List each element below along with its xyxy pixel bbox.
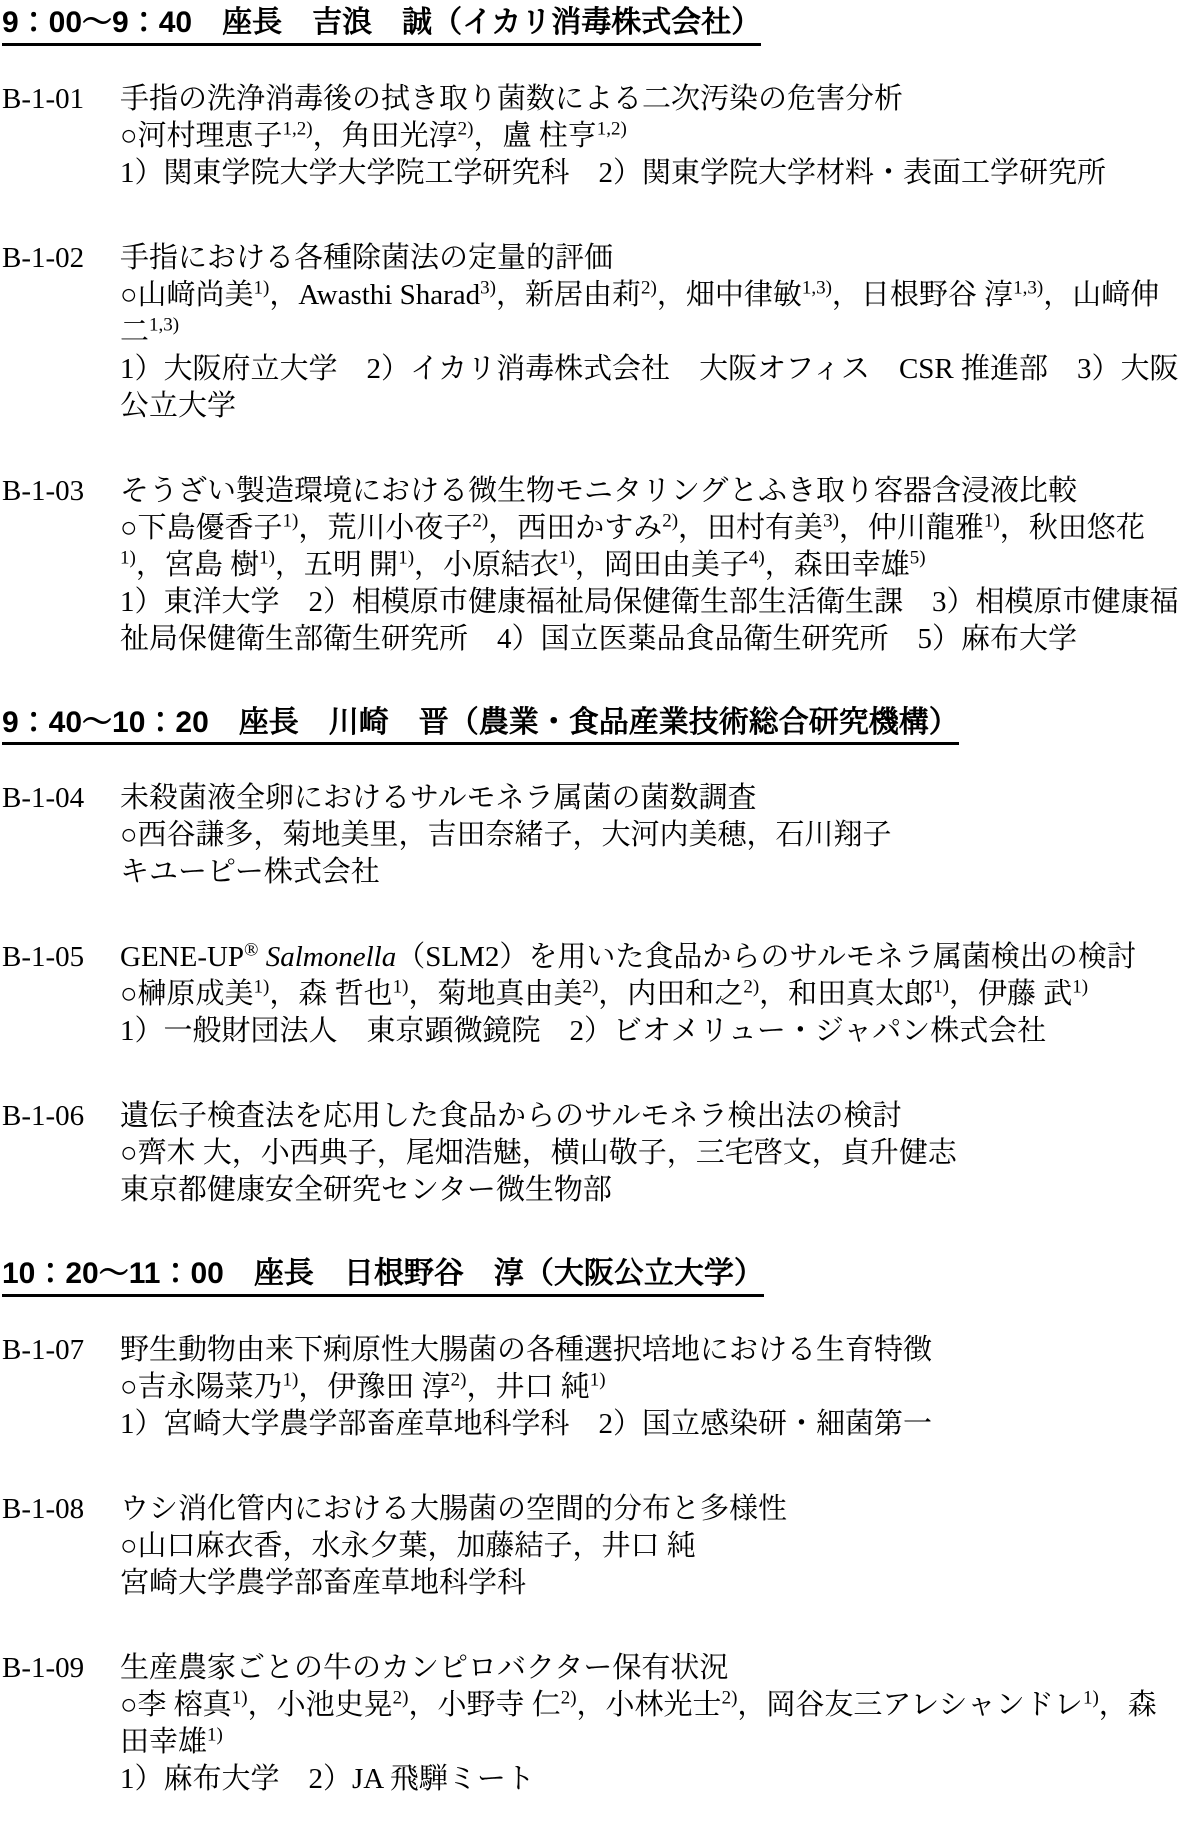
text-run: ，畑中律敏 bbox=[657, 279, 802, 311]
entry-body: 遺伝子検査法を応用した食品からのサルモネラ検出法の検討○齊木 大，小西典子，尾畑… bbox=[120, 1098, 1181, 1209]
text-run: （SLM2）を用いた食品からのサルモネラ属菌検出の検討 bbox=[396, 941, 1136, 973]
text-run: ○西谷謙多，菊地美里，吉田奈緒子，大河内美穂，石川翔子 bbox=[120, 819, 892, 851]
superscript-note: 1) bbox=[283, 1369, 299, 1390]
superscript-note: 5) bbox=[910, 547, 926, 568]
entry-body: 野生動物由来下痢原性大腸菌の各種選択培地における生育特徴○吉永陽菜乃1)，伊豫田… bbox=[120, 1332, 1181, 1443]
superscript-note: 2) bbox=[472, 510, 488, 531]
entry-body: 生産農家ごとの牛のカンピロバクター保有状況○李 榕真1)，小池史晃2)，小野寺 … bbox=[120, 1650, 1181, 1798]
entry-affiliations: 1）一般財団法人 東京顕微鏡院 2）ビオメリュー・ジャパン株式会社 bbox=[120, 1013, 1181, 1050]
entry-title: GENE-UP® Salmonella（SLM2）を用いた食品からのサルモネラ属… bbox=[120, 939, 1181, 976]
text-run: ，森田幸雄 bbox=[765, 549, 910, 581]
entry-affiliations: 1）関東学院大学大学院工学研究科 2）関東学院大学材料・表面工学研究所 bbox=[120, 155, 1181, 192]
text-run: 1）関東学院大学大学院工学研究科 2）関東学院大学材料・表面工学研究所 bbox=[120, 157, 1106, 189]
superscript-note: 4) bbox=[749, 547, 765, 568]
superscript-note: 2) bbox=[393, 1687, 409, 1708]
superscript-note: 1) bbox=[283, 510, 299, 531]
text-run: ，五明 開 bbox=[275, 549, 398, 581]
text-run: ○榊原成美 bbox=[120, 978, 254, 1010]
text-run: ，伊藤 武 bbox=[949, 978, 1072, 1010]
text-run: 1）麻布大学 2）JA 飛騨ミート bbox=[120, 1763, 535, 1795]
text-run: 東京都健康安全研究センター微生物部 bbox=[120, 1174, 612, 1206]
superscript-note: 1) bbox=[1083, 1687, 1099, 1708]
italic-text: Salmonella bbox=[266, 941, 397, 973]
entry-affiliations: 1）大阪府立大学 2）イカリ消毒株式会社 大阪オフィス CSR 推進部 3）大阪… bbox=[120, 351, 1181, 425]
superscript-note: 1) bbox=[393, 976, 409, 997]
text-run: 1）東洋大学 2）相模原市健康福祉局保健衛生部生活衛生課 3）相模原市健康福祉局… bbox=[120, 586, 1179, 655]
text-run: ，Awasthi Sharad bbox=[269, 279, 480, 311]
session-header: 9：00～9：40 座長 吉浪 誠（イカリ消毒株式会社） bbox=[2, 6, 761, 46]
text-run: ，岡谷友三アレシャンドレ bbox=[737, 1689, 1083, 1721]
superscript-note: 3) bbox=[480, 277, 496, 298]
text-run: ，新居由莉 bbox=[496, 279, 641, 311]
superscript-note: 1) bbox=[590, 1369, 606, 1390]
entry-authors: ○齊木 大，小西典子，尾畑浩魅，横山敬子，三宅啓文，貞升健志 bbox=[120, 1135, 1181, 1172]
entry-body: そうざい製造環境における微生物モニタリングとふき取り容器含浸液比較○下島優香子1… bbox=[120, 473, 1181, 658]
entry-affiliations: 1）麻布大学 2）JA 飛騨ミート bbox=[120, 1761, 1181, 1798]
superscript-note: 1) bbox=[254, 976, 270, 997]
text-run: ，小原結衣 bbox=[414, 549, 559, 581]
text-run: ，和田真太郎 bbox=[759, 978, 933, 1010]
entry-title: ウシ消化管内における大腸菌の空間的分布と多様性 bbox=[120, 1491, 1181, 1528]
superscript-note: 1) bbox=[984, 510, 1000, 531]
entry-B-1-03: B-1-03そうざい製造環境における微生物モニタリングとふき取り容器含浸液比較○… bbox=[2, 473, 1181, 658]
superscript-note: 1) bbox=[259, 547, 275, 568]
superscript-note: 2) bbox=[641, 277, 657, 298]
entry-affiliations: 東京都健康安全研究センター微生物部 bbox=[120, 1172, 1181, 1209]
text-run: ，荒川小夜子 bbox=[298, 512, 472, 544]
entry-B-1-09: B-1-09生産農家ごとの牛のカンピロバクター保有状況○李 榕真1)，小池史晃2… bbox=[2, 1650, 1181, 1798]
entry-authors: ○河村理恵子1,2)，角田光淳2)，盧 柱亨1,2) bbox=[120, 118, 1181, 155]
program-page: 9：00～9：40 座長 吉浪 誠（イカリ消毒株式会社）B-1-01手指の洗浄消… bbox=[0, 0, 1181, 1846]
entry-affiliations: キユーピー株式会社 bbox=[120, 854, 1181, 891]
text-run: ，秋田悠花 bbox=[1000, 512, 1145, 544]
entry-body: ウシ消化管内における大腸菌の空間的分布と多様性○山口麻衣香，水永夕葉，加藤結子，… bbox=[120, 1491, 1181, 1602]
entry-authors: ○吉永陽菜乃1)，伊豫田 淳2)，井口 純1) bbox=[120, 1369, 1181, 1406]
entry-authors: ○山﨑尚美1)，Awasthi Sharad3)，新居由莉2)，畑中律敏1,3)… bbox=[120, 277, 1181, 351]
superscript-note: 1) bbox=[559, 547, 575, 568]
text-run: ○齊木 大，小西典子，尾畑浩魅，横山敬子，三宅啓文，貞升健志 bbox=[120, 1137, 957, 1169]
superscript-note: 3) bbox=[823, 510, 839, 531]
text-run: ，盧 柱亨 bbox=[473, 120, 596, 152]
text-run: ○吉永陽菜乃 bbox=[120, 1371, 283, 1403]
entry-authors: ○下島優香子1)，荒川小夜子2)，西田かすみ2)，田村有美3)，仲川龍雅1)，秋… bbox=[120, 510, 1181, 584]
entry-code: B-1-04 bbox=[2, 780, 120, 817]
entry-affiliations: 1）宮崎大学農学部畜産草地科学科 2）国立感染研・細菌第一 bbox=[120, 1406, 1181, 1443]
entry-code: B-1-06 bbox=[2, 1098, 120, 1135]
entry-title: 遺伝子検査法を応用した食品からのサルモネラ検出法の検討 bbox=[120, 1098, 1181, 1135]
superscript-note: 1) bbox=[933, 976, 949, 997]
text-run: ，小林光士 bbox=[577, 1689, 722, 1721]
superscript-note: 2) bbox=[458, 118, 474, 139]
superscript-note: 2) bbox=[451, 1369, 467, 1390]
session-header: 10：20～11：00 座長 日根野谷 淳（大阪公立大学） bbox=[2, 1257, 764, 1297]
text-run: 手指における各種除菌法の定量的評価 bbox=[120, 242, 613, 274]
superscript-note: 1) bbox=[398, 547, 414, 568]
text-run: ，小池史晃 bbox=[248, 1689, 393, 1721]
text-run: ，西田かすみ bbox=[488, 512, 662, 544]
text-run: 野生動物由来下痢原性大腸菌の各種選択培地における生育特徴 bbox=[120, 1334, 932, 1366]
entry-title: 生産農家ごとの牛のカンピロバクター保有状況 bbox=[120, 1650, 1181, 1687]
entry-B-1-02: B-1-02手指における各種除菌法の定量的評価○山﨑尚美1)，Awasthi S… bbox=[2, 240, 1181, 425]
session-1: 9：00～9：40 座長 吉浪 誠（イカリ消毒株式会社）B-1-01手指の洗浄消… bbox=[2, 6, 1181, 658]
superscript-note: 1) bbox=[254, 277, 270, 298]
text-run: ○李 榕真 bbox=[120, 1689, 232, 1721]
entry-B-1-06: B-1-06遺伝子検査法を応用した食品からのサルモネラ検出法の検討○齊木 大，小… bbox=[2, 1098, 1181, 1209]
text-run: ，内田和之 bbox=[598, 978, 743, 1010]
entry-authors: ○李 榕真1)，小池史晃2)，小野寺 仁2)，小林光士2)，岡谷友三アレシャンド… bbox=[120, 1687, 1181, 1761]
entry-title: 野生動物由来下痢原性大腸菌の各種選択培地における生育特徴 bbox=[120, 1332, 1181, 1369]
text-run: ，岡田由美子 bbox=[575, 549, 749, 581]
text-run: ，伊豫田 淳 bbox=[298, 1371, 450, 1403]
text-run: ○河村理恵子 bbox=[120, 120, 283, 152]
text-run: 生産農家ごとの牛のカンピロバクター保有状況 bbox=[120, 1652, 728, 1684]
superscript-note: 2) bbox=[743, 976, 759, 997]
entry-title: 未殺菌液全卵におけるサルモネラ属菌の菌数調査 bbox=[120, 780, 1181, 817]
entry-body: GENE-UP® Salmonella（SLM2）を用いた食品からのサルモネラ属… bbox=[120, 939, 1181, 1050]
text-run: ，日根野谷 淳 bbox=[832, 279, 1013, 311]
entry-code: B-1-07 bbox=[2, 1332, 120, 1369]
superscript-note: 1,3) bbox=[149, 314, 179, 335]
text-run: 1）宮崎大学農学部畜産草地科学科 2）国立感染研・細菌第一 bbox=[120, 1408, 932, 1440]
text-run: ，森 哲也 bbox=[269, 978, 392, 1010]
superscript-note: 2) bbox=[662, 510, 678, 531]
entry-authors: ○山口麻衣香，水永夕葉，加藤結子，井口 純 bbox=[120, 1528, 1181, 1565]
entry-title: 手指の洗浄消毒後の拭き取り菌数による二次汚染の危害分析 bbox=[120, 81, 1181, 118]
superscript-note: 1,3) bbox=[1013, 277, 1043, 298]
superscript-note: 1,3) bbox=[802, 277, 832, 298]
text-run: ，小野寺 仁 bbox=[408, 1689, 560, 1721]
text-run: ，田村有美 bbox=[678, 512, 823, 544]
text-run: 1）一般財団法人 東京顕微鏡院 2）ビオメリュー・ジャパン株式会社 bbox=[120, 1015, 1046, 1047]
entry-code: B-1-01 bbox=[2, 81, 120, 118]
entry-authors: ○榊原成美1)，森 哲也1)，菊地真由美2)，内田和之2)，和田真太郎1)，伊藤… bbox=[120, 976, 1181, 1013]
entry-code: B-1-09 bbox=[2, 1650, 120, 1687]
superscript-note: 2) bbox=[561, 1687, 577, 1708]
superscript-note: 1) bbox=[1072, 976, 1088, 997]
text-run: ○山口麻衣香，水永夕葉，加藤結子，井口 純 bbox=[120, 1530, 696, 1562]
entry-title: 手指における各種除菌法の定量的評価 bbox=[120, 240, 1181, 277]
superscript-note: 1) bbox=[120, 547, 136, 568]
text-run: ，角田光淳 bbox=[313, 120, 458, 152]
text-run: ，仲川龍雅 bbox=[839, 512, 984, 544]
text-run: 宮崎大学農学部畜産草地科学科 bbox=[120, 1567, 526, 1599]
session-2: 9：40～10：20 座長 川崎 晋（農業・食品産業技術総合研究機構）B-1-0… bbox=[2, 706, 1181, 1210]
session-3: 10：20～11：00 座長 日根野谷 淳（大阪公立大学）B-1-07野生動物由… bbox=[2, 1257, 1181, 1798]
text-run: ○下島優香子 bbox=[120, 512, 283, 544]
text-run: 遺伝子検査法を応用した食品からのサルモネラ検出法の検討 bbox=[120, 1100, 902, 1132]
text-run: ，宮島 樹 bbox=[136, 549, 259, 581]
entry-body: 手指の洗浄消毒後の拭き取り菌数による二次汚染の危害分析○河村理恵子1,2)，角田… bbox=[120, 81, 1181, 192]
text-run: ウシ消化管内における大腸菌の空間的分布と多様性 bbox=[120, 1493, 787, 1525]
text-run: ，井口 純 bbox=[466, 1371, 589, 1403]
entry-B-1-07: B-1-07野生動物由来下痢原性大腸菌の各種選択培地における生育特徴○吉永陽菜乃… bbox=[2, 1332, 1181, 1443]
superscript-note: 1,2) bbox=[597, 118, 627, 139]
text-run: 未殺菌液全卵におけるサルモネラ属菌の菌数調査 bbox=[120, 782, 757, 814]
superscript-note: 2) bbox=[722, 1687, 738, 1708]
entry-affiliations: 1）東洋大学 2）相模原市健康福祉局保健衛生部生活衛生課 3）相模原市健康福祉局… bbox=[120, 584, 1181, 658]
superscript-note: 2) bbox=[582, 976, 598, 997]
superscript-note: 1) bbox=[207, 1724, 223, 1745]
text-run: キユーピー株式会社 bbox=[120, 856, 380, 888]
entry-B-1-04: B-1-04未殺菌液全卵におけるサルモネラ属菌の菌数調査○西谷謙多，菊地美里，吉… bbox=[2, 780, 1181, 891]
entry-B-1-08: B-1-08ウシ消化管内における大腸菌の空間的分布と多様性○山口麻衣香，水永夕葉… bbox=[2, 1491, 1181, 1602]
text-run: GENE-UP bbox=[120, 941, 244, 973]
entry-affiliations: 宮崎大学農学部畜産草地科学科 bbox=[120, 1565, 1181, 1602]
text-run: 1）大阪府立大学 2）イカリ消毒株式会社 大阪オフィス CSR 推進部 3）大阪… bbox=[120, 353, 1179, 422]
text-run: そうざい製造環境における微生物モニタリングとふき取り容器含浸液比較 bbox=[120, 475, 1077, 507]
entry-code: B-1-08 bbox=[2, 1491, 120, 1528]
superscript-note: ® bbox=[244, 939, 258, 960]
entry-authors: ○西谷謙多，菊地美里，吉田奈緒子，大河内美穂，石川翔子 bbox=[120, 817, 1181, 854]
superscript-note: 1) bbox=[232, 1687, 248, 1708]
text-run: 手指の洗浄消毒後の拭き取り菌数による二次汚染の危害分析 bbox=[120, 83, 903, 115]
entry-body: 未殺菌液全卵におけるサルモネラ属菌の菌数調査○西谷謙多，菊地美里，吉田奈緒子，大… bbox=[120, 780, 1181, 891]
entry-title: そうざい製造環境における微生物モニタリングとふき取り容器含浸液比較 bbox=[120, 473, 1181, 510]
entry-code: B-1-03 bbox=[2, 473, 120, 510]
superscript-note: 1,2) bbox=[283, 118, 313, 139]
entry-body: 手指における各種除菌法の定量的評価○山﨑尚美1)，Awasthi Sharad3… bbox=[120, 240, 1181, 425]
session-header: 9：40～10：20 座長 川崎 晋（農業・食品産業技術総合研究機構） bbox=[2, 706, 959, 746]
text-run bbox=[258, 941, 265, 973]
entry-B-1-01: B-1-01手指の洗浄消毒後の拭き取り菌数による二次汚染の危害分析○河村理恵子1… bbox=[2, 81, 1181, 192]
text-run: ，菊地真由美 bbox=[408, 978, 582, 1010]
entry-code: B-1-05 bbox=[2, 939, 120, 976]
entry-B-1-05: B-1-05GENE-UP® Salmonella（SLM2）を用いた食品からの… bbox=[2, 939, 1181, 1050]
entry-code: B-1-02 bbox=[2, 240, 120, 277]
text-run: ○山﨑尚美 bbox=[120, 279, 254, 311]
